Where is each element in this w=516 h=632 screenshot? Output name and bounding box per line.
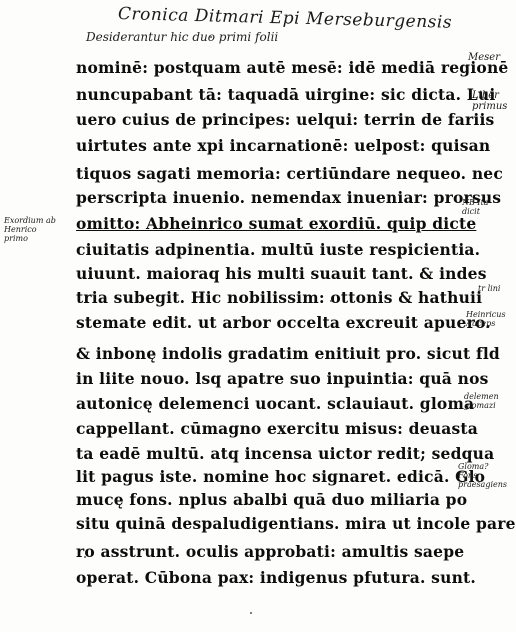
scan-speck xyxy=(210,36,212,38)
margin-note-delemen-glomazi: delemen glomazi xyxy=(464,392,508,410)
margin-note-tr: tr lini xyxy=(478,284,500,293)
text-line-8: ciuitatis adpinentia. multū iuste respic… xyxy=(76,240,480,259)
scan-speck xyxy=(250,612,252,614)
text-line-15: cappellant. cūmagno exercitu misus: deua… xyxy=(76,419,478,438)
text-line-5: tiquos sagati memoria: certiūndare neque… xyxy=(76,164,503,183)
manuscript-page: Cronica Ditmari Epi Merseburgensis Desid… xyxy=(0,0,516,632)
text-line-10: tria subegit. Hic nobilissim: ottonis & … xyxy=(76,288,482,307)
margin-note-liber-primus: Liber primus xyxy=(472,90,508,112)
margin-note-heinricus-auceps: Heinricus Auceps xyxy=(466,310,506,328)
margin-note-gloma-fons: Gloma? Fons praesagiens xyxy=(458,462,508,489)
text-line-9: uiuunt. maioraq his multi suauit tant. &… xyxy=(76,264,487,283)
text-line-21: operat. Cūbona pax: indigenus pfutura. s… xyxy=(76,568,476,587)
text-line-4: uirtutes ante xpi incarnationē: uelpost:… xyxy=(76,136,490,155)
margin-note-nb: NB Ita dicit xyxy=(462,198,502,216)
manuscript-heading: Cronica Ditmari Epi Merseburgensis xyxy=(118,4,453,33)
scan-speck xyxy=(84,556,86,558)
text-line-7: omitto: Abheinrico sumat exordiū. quip d… xyxy=(76,214,476,233)
text-line-20: ro asstrunt. oculis approbati: amultis s… xyxy=(76,542,464,561)
text-line-2: nuncupabant tā: taquadā uirgine: sic dic… xyxy=(76,85,495,104)
text-line-16: ta eadē multū. atq incensa uictor redit;… xyxy=(76,444,494,463)
text-line-1: nominē: postquam autē mesē: idē mediā re… xyxy=(76,58,509,77)
text-line-6: perscripta inuenio. nemendax inueniar: p… xyxy=(76,188,501,207)
text-line-13: in liite nouo. lsq apatre suo inpuintia:… xyxy=(76,369,489,388)
margin-note-meser: Meser xyxy=(468,52,500,63)
margin-note-exordium: Exordium ab Henrico primo xyxy=(4,216,60,243)
text-line-3: uero cuius de principes: uelqui: terrin … xyxy=(76,110,494,129)
manuscript-subheading: Desiderantur hic duo primi folii xyxy=(86,30,278,44)
text-line-19: situ quinā despaludigentians. mira ut in… xyxy=(76,514,516,533)
text-line-14: autonicę delemenci uocant. sclauiaut. gl… xyxy=(76,394,474,413)
text-line-12: & inbonę indolis gradatim enitiuit pro. … xyxy=(76,344,500,363)
scan-speck xyxy=(330,300,332,302)
text-line-17: lit pagus iste. nomine hoc signaret. edi… xyxy=(76,467,485,486)
text-line-18: mucę fons. nplus abalbi quā duo miliaria… xyxy=(76,490,467,509)
text-line-11: stemate edit. ut arbor occelta excreuit … xyxy=(76,313,491,332)
